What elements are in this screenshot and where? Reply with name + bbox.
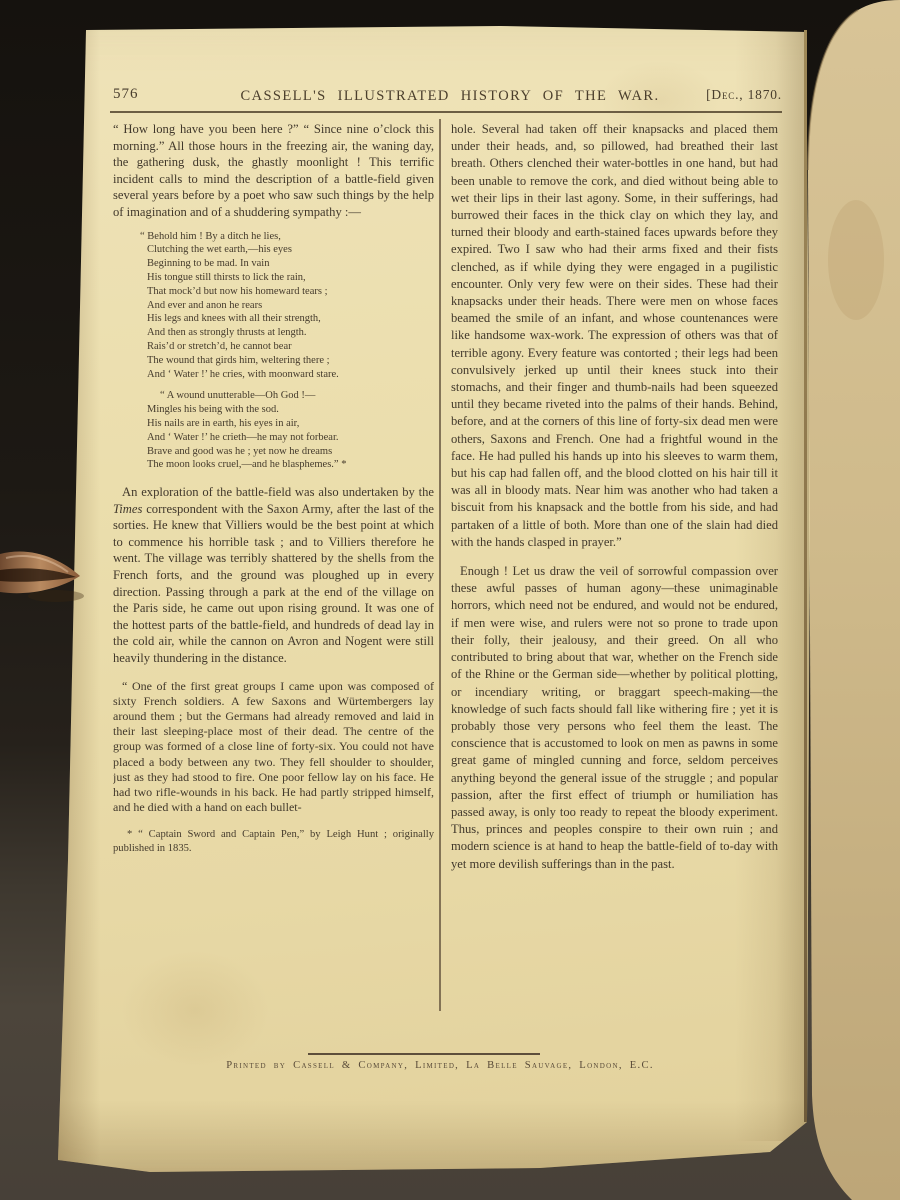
quoted-paragraph: hole. Several had taken off their knapsa… <box>451 121 778 551</box>
footnote: * “ Captain Sword and Captain Pen,” by L… <box>113 828 434 855</box>
poem-line: And ‘ Water !’ he cries, with moonward s… <box>147 368 434 382</box>
poem-line: “ A wound unutterable—Oh God !— <box>147 389 434 403</box>
page-bottom-shadow <box>58 1100 818 1175</box>
poem-quotation: “ Behold him ! By a ditch he lies, Clutc… <box>147 230 434 473</box>
right-column: hole. Several had taken off their knapsa… <box>451 121 778 1016</box>
poem-line: And ever and anon he rears <box>147 299 434 313</box>
paragraph: Enough ! Let us draw the veil of sorrowf… <box>451 563 778 873</box>
poem-line: Brave and good was he ; yet now he dream… <box>147 445 434 459</box>
paragraph-text: An exploration of the battle-field was a… <box>122 485 434 499</box>
footer-rule <box>308 1053 540 1055</box>
photographed-book-scene: 576 CASSELL'S ILLUSTRATED HISTORY OF THE… <box>0 0 900 1200</box>
quoted-paragraph: “ One of the first great groups I came u… <box>113 679 434 816</box>
paragraph: “ How long have you been here ?” “ Since… <box>113 121 434 221</box>
poem-line: The moon looks cruel,—and he blasphemes.… <box>147 458 434 472</box>
poem-line: Clutching the wet earth,—his eyes <box>147 243 434 257</box>
column-divider <box>439 119 441 1011</box>
poem-line: His nails are in earth, his eyes in air, <box>147 417 434 431</box>
poem-line: The wound that girds him, weltering ther… <box>147 354 434 368</box>
left-column: “ How long have you been here ?” “ Since… <box>113 121 434 1021</box>
poem-line: Mingles his being with the sod. <box>147 403 434 417</box>
clasp-shadow <box>28 590 84 602</box>
book-clasp <box>0 540 86 606</box>
header-rule <box>110 111 782 113</box>
poem-line: “ Behold him ! By a ditch he lies, <box>147 230 434 244</box>
issue-date: [Dec., 1870. <box>630 87 782 103</box>
times-italic: Times <box>113 502 142 516</box>
poem-line: Beginning to be mad. In vain <box>147 257 434 271</box>
poem-line: Rais’d or stretch’d, he cannot bear <box>147 340 434 354</box>
paragraph: An exploration of the battle-field was a… <box>113 484 434 667</box>
printer-imprint: Printed by Cassell & Company, Limited, L… <box>95 1060 785 1071</box>
poem-line: His tongue still thirsts to lick the rai… <box>147 271 434 285</box>
stanza-gap <box>147 381 434 389</box>
poem-line: His legs and knees with all their streng… <box>147 312 434 326</box>
poem-line: That mock’d but now his homeward tears ; <box>147 285 434 299</box>
next-page-edge <box>806 0 900 1200</box>
page-number: 576 <box>113 86 139 103</box>
paragraph-text: correspondent with the Saxon Army, after… <box>113 502 434 665</box>
poem-line: And ‘ Water !’ he crieth—he may not forb… <box>147 431 434 445</box>
poem-line: And then as strongly thrusts at length. <box>147 326 434 340</box>
